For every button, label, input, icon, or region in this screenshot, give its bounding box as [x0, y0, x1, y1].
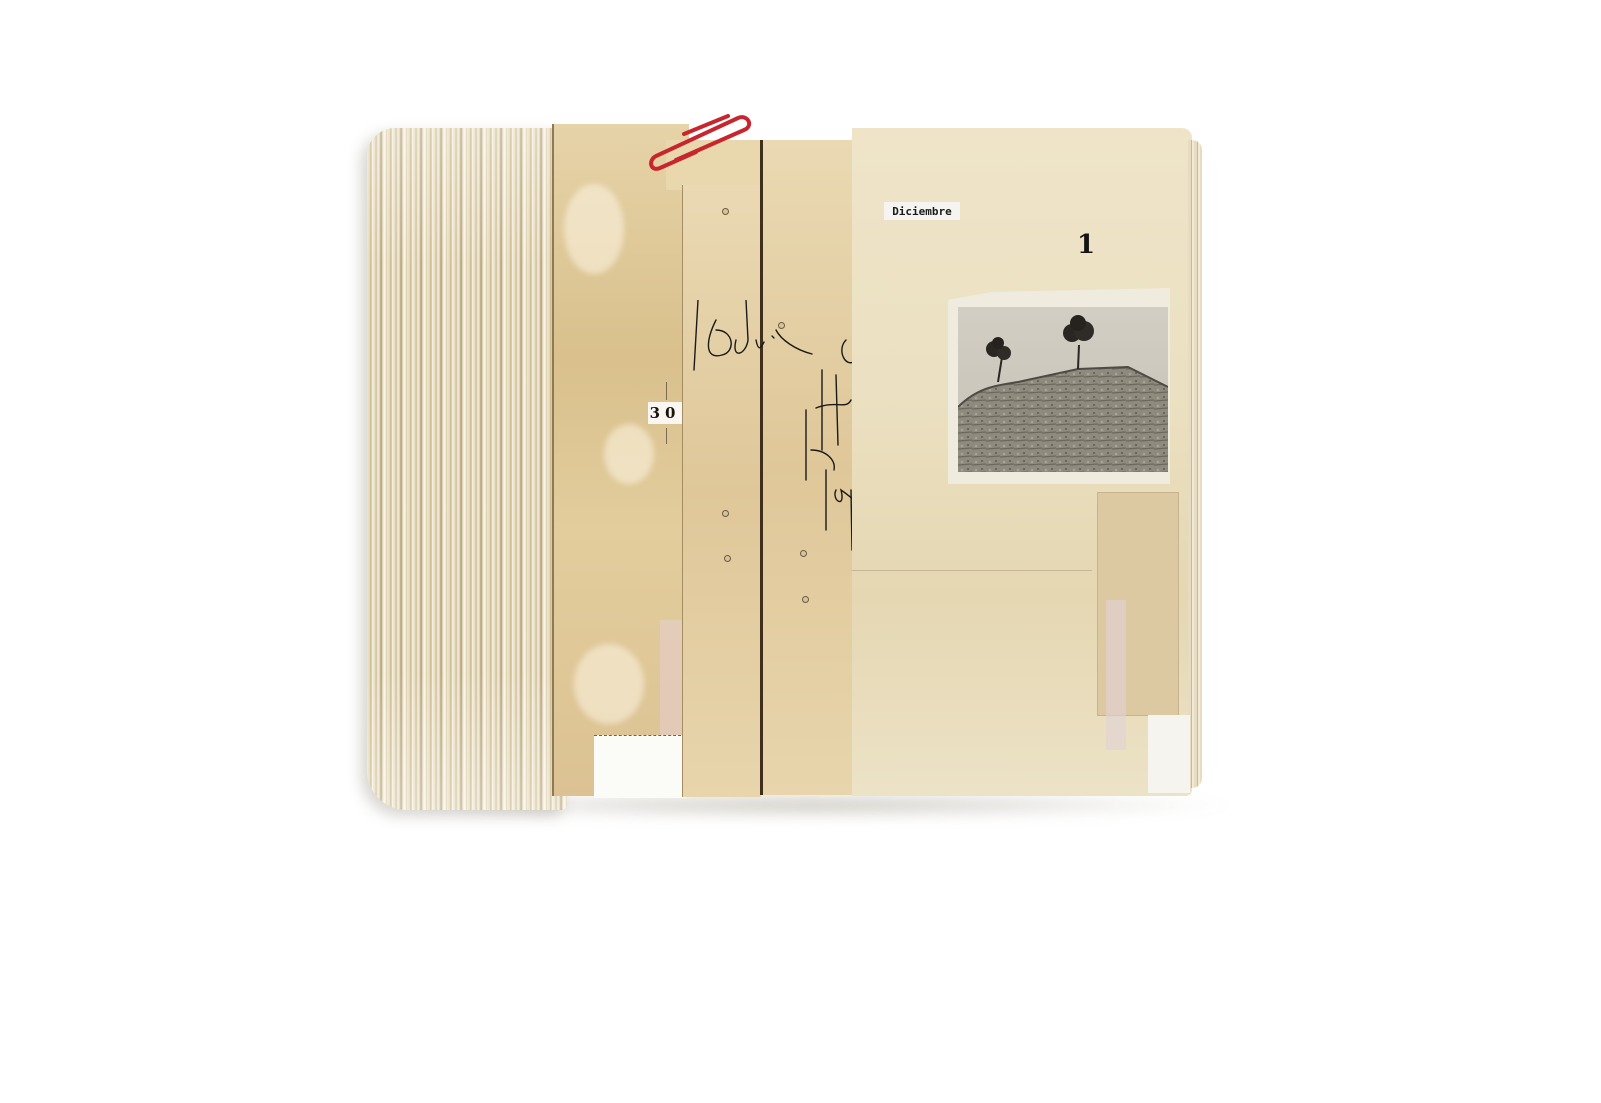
- white-paper-patch: [1148, 715, 1190, 793]
- tape-strip: [1106, 600, 1126, 750]
- hill-with-trees-image: [958, 307, 1168, 472]
- notebook-photo: 30 Diciembre 1: [0, 0, 1601, 1103]
- paperclip-icon: [648, 100, 758, 180]
- day-label: 1: [1077, 230, 1095, 260]
- page-fold-line: [852, 570, 1092, 571]
- pin-hole: [722, 208, 729, 215]
- page-stack-fore-edge: [367, 128, 567, 810]
- page-number-label: 30: [648, 402, 682, 424]
- white-paper-patch: [594, 735, 686, 798]
- landscape-photo-clipping: [958, 307, 1168, 472]
- month-label: Diciembre: [884, 202, 960, 220]
- guide-line: [666, 428, 667, 444]
- right-page-edge: [1188, 140, 1202, 788]
- guide-line: [666, 382, 667, 400]
